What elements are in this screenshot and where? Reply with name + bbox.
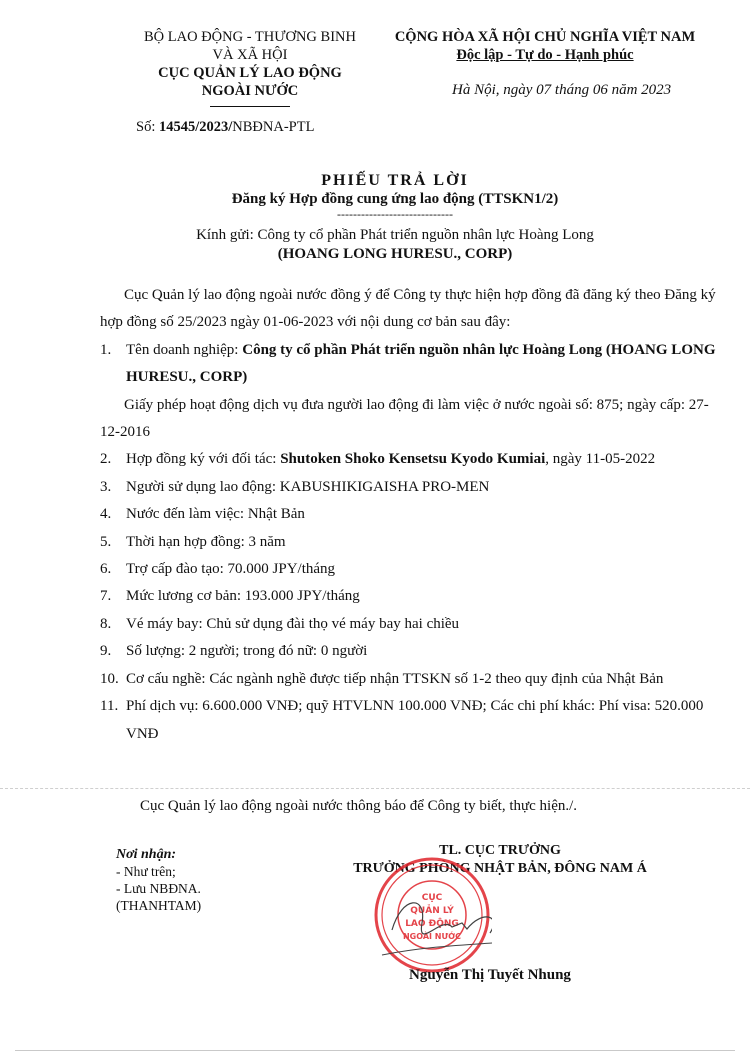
svg-text:NGOÀI NƯỚC: NGOÀI NƯỚC [403,930,461,941]
recipient-item: - Lưu NBĐNA. [116,880,201,897]
item-number: 1. [100,337,126,392]
recipients-block: Nơi nhận: - Như trên; - Lưu NBĐNA. (THAN… [116,846,201,914]
item-number: 2. [100,446,126,473]
doc-number-label: Số: [136,119,159,135]
item-text: Phí dịch vụ: 6.600.000 VNĐ; quỹ HTVLNN 1… [126,693,716,748]
list-item: 7.Mức lương cơ bản: 193.000 JPY/tháng [100,583,716,610]
item-text: Vé máy bay: Chủ sử dụng đài thọ vé máy b… [126,611,716,638]
item-label: Nước đến làm việc: Nhật Bản [126,506,305,522]
list-item: Giấy phép hoạt động dịch vụ đưa người la… [100,392,716,447]
item-label: Vé máy bay: Chủ sử dụng đài thọ vé máy b… [126,616,459,632]
item-number: 11. [100,693,126,748]
item-label: Số lượng: 2 người; trong đó nữ: 0 người [126,643,367,659]
list-item: 6.Trợ cấp đào tạo: 70.000 JPY/tháng [100,556,716,583]
recipient-item: - Như trên; [116,863,201,880]
list-item: 5.Thời hạn hợp đồng: 3 năm [100,529,716,556]
issuing-agency-block: BỘ LAO ĐỘNG - THƯƠNG BINH VÀ XÃ HỘI CỤC … [100,28,400,107]
list-item: 4.Nước đến làm việc: Nhật Bản [100,501,716,528]
addressee-line2: (HOANG LONG HURESU., CORP) [100,245,690,264]
title-separator: ----------------------------- [100,207,690,222]
country-name: CỘNG HÒA XÃ HỘI CHỦ NGHĨA VIỆT NAM [365,28,725,46]
doc-number-suffix: NBĐNA-PTL [232,119,314,135]
svg-text:LAO ĐỘNG: LAO ĐỘNG [405,918,459,929]
item-value: Shutoken Shoko Kensetsu Kyodo Kumiai [280,451,545,467]
recipients-heading: Nơi nhận: [116,846,201,863]
national-header-block: CỘNG HÒA XÃ HỘI CHỦ NGHĨA VIỆT NAM Độc l… [365,28,725,64]
addressee-line1: Kính gửi: Công ty cổ phần Phát triển ngu… [100,226,690,245]
item-label: Cơ cấu nghề: Các ngành nghề được tiếp nh… [126,671,663,687]
page-bottom-edge [15,1050,735,1051]
doc-number-value: 14545/2023/ [159,119,232,135]
item-number: 7. [100,583,126,610]
list-item: 10.Cơ cấu nghề: Các ngành nghề được tiếp… [100,666,716,693]
official-red-seal-icon: CỤC QUẢN LÝ LAO ĐỘNG NGOÀI NƯỚC [372,855,492,975]
item-text: Hợp đồng ký với đối tác: Shutoken Shoko … [126,446,716,473]
item-label: Trợ cấp đào tạo: 70.000 JPY/tháng [126,561,335,577]
document-title: PHIẾU TRẢ LỜI [100,172,690,190]
agency-name-line1: CỤC QUẢN LÝ LAO ĐỘNG [100,64,400,82]
agency-underline-divider [210,106,290,107]
item-text: Cơ cấu nghề: Các ngành nghề được tiếp nh… [126,666,716,693]
list-item: 3.Người sử dụng lao động: KABUSHIKIGAISH… [100,474,716,501]
item-text: Người sử dụng lao động: KABUSHIKIGAISHA … [126,474,716,501]
item-label: Mức lương cơ bản: 193.000 JPY/tháng [126,588,360,604]
intro-paragraph: Cục Quản lý lao động ngoài nước đồng ý đ… [100,282,716,337]
place-and-date: Hà Nội, ngày 07 tháng 06 năm 2023 [452,82,671,99]
ministry-name-line1: BỘ LAO ĐỘNG - THƯƠNG BINH [100,28,400,46]
scan-artifact-line [0,788,750,790]
svg-text:CỤC: CỤC [422,893,443,903]
item-label: Tên doanh nghiệp: [126,342,242,358]
closing-statement: Cục Quản lý lao động ngoài nước thông bá… [140,798,577,815]
list-item: 11.Phí dịch vụ: 6.600.000 VNĐ; quỹ HTVLN… [100,693,716,748]
signer-name: Nguyễn Thị Tuyết Nhung [340,967,640,984]
svg-text:QUẢN LÝ: QUẢN LÝ [410,904,454,916]
agency-name-line2: NGOÀI NƯỚC [100,82,400,100]
list-item: 9.Số lượng: 2 người; trong đó nữ: 0 ngườ… [100,638,716,665]
item-text: Mức lương cơ bản: 193.000 JPY/tháng [126,583,716,610]
item-rest: , ngày 11-05-2022 [545,451,655,467]
list-item: 2.Hợp đồng ký với đối tác: Shutoken Shok… [100,446,716,473]
item-number: 6. [100,556,126,583]
ministry-name-line2: VÀ XÃ HỘI [100,46,400,64]
item-text: Trợ cấp đào tạo: 70.000 JPY/tháng [126,556,716,583]
document-body: Cục Quản lý lao động ngoài nước đồng ý đ… [116,282,716,748]
item-number: 10. [100,666,126,693]
list-item: 1.Tên doanh nghiệp: Công ty cổ phần Phát… [100,337,716,392]
item-number: 8. [100,611,126,638]
addressee-block: Kính gửi: Công ty cổ phần Phát triển ngu… [100,226,690,264]
item-text: Số lượng: 2 người; trong đó nữ: 0 người [126,638,716,665]
item-number: 9. [100,638,126,665]
item-label: Hợp đồng ký với đối tác: [126,451,280,467]
item-label: Thời hạn hợp đồng: 3 năm [126,534,286,550]
item-number: 3. [100,474,126,501]
item-text: Thời hạn hợp đồng: 3 năm [126,529,716,556]
national-motto: Độc lập - Tự do - Hạnh phúc [365,46,725,64]
document-subtitle: Đăng ký Hợp đồng cung ứng lao động (TTSK… [100,191,690,208]
item-label: Phí dịch vụ: 6.600.000 VNĐ; quỹ HTVLNN 1… [126,698,703,741]
document-number: Số: 14545/2023/NBĐNA-PTL [136,119,314,136]
item-text: Nước đến làm việc: Nhật Bản [126,501,716,528]
recipient-item: (THANHTAM) [116,897,201,914]
item-text: Tên doanh nghiệp: Công ty cổ phần Phát t… [126,337,716,392]
item-label: Người sử dụng lao động: KABUSHIKIGAISHA … [126,479,489,495]
item-number: 5. [100,529,126,556]
list-item: 8.Vé máy bay: Chủ sử dụng đài thọ vé máy… [100,611,716,638]
item-number: 4. [100,501,126,528]
